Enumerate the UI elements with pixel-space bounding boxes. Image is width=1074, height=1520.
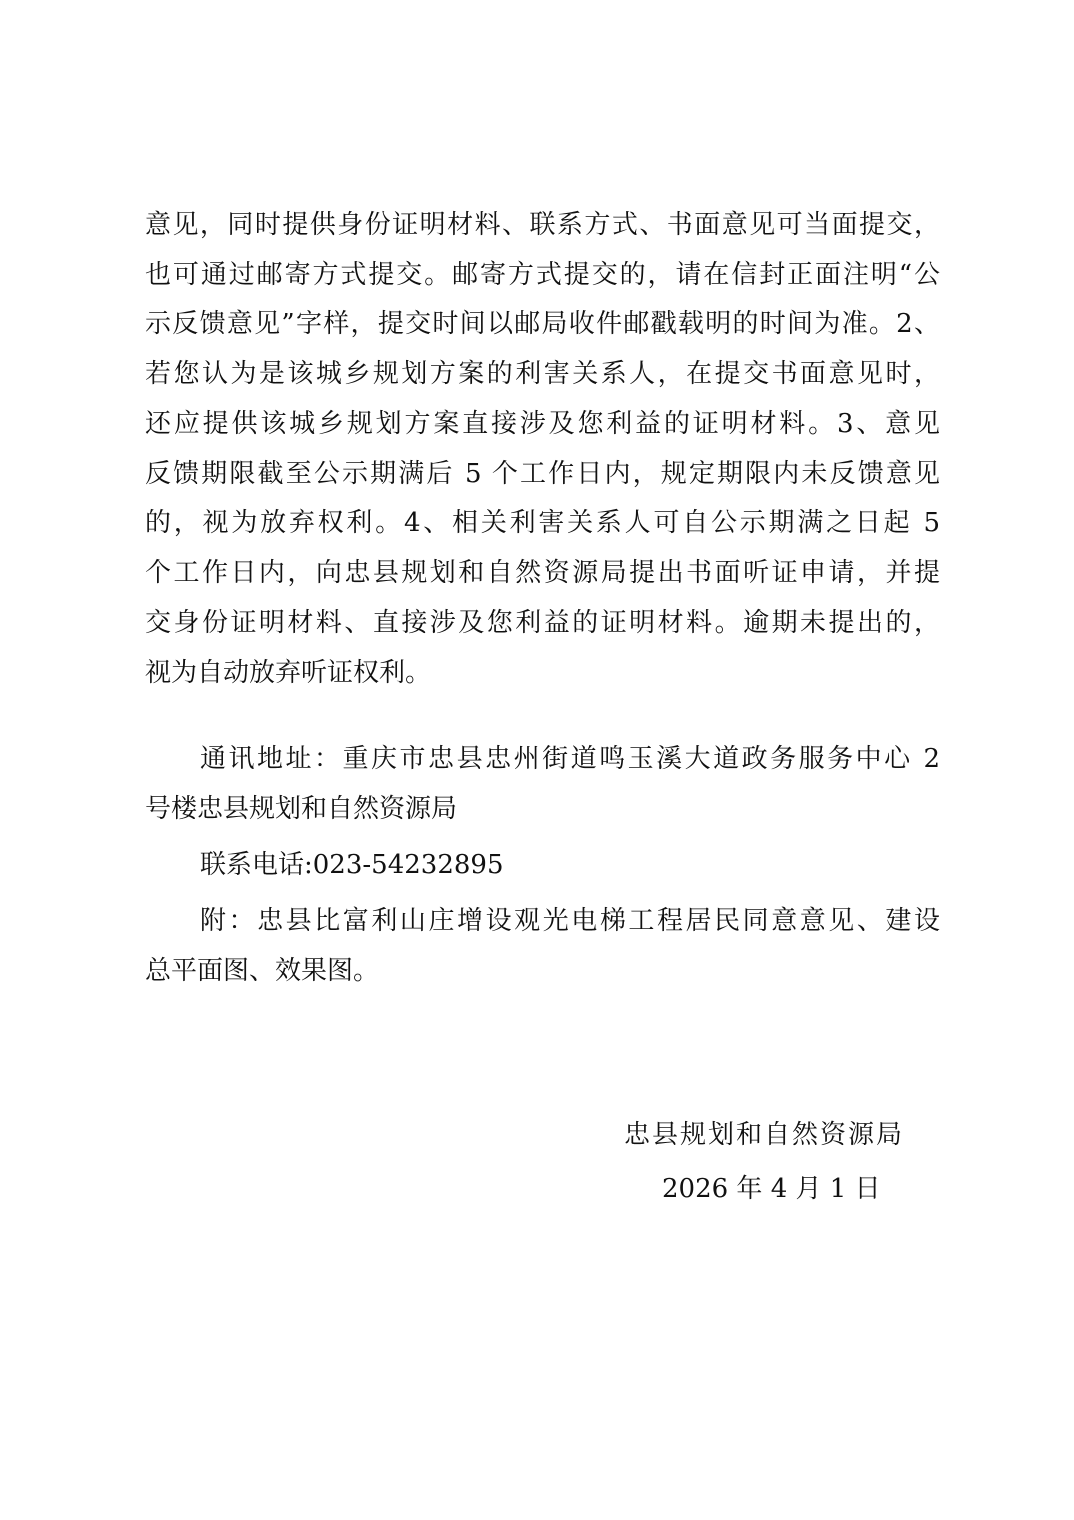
signature-date: 2026 年 4 月 1 日 <box>662 1172 881 1206</box>
body-line-4: 若您认为是该城乡规划方案的利害关系人，在提交书面意见时， <box>145 357 940 391</box>
body-line-2: 也可通过邮寄方式提交。邮寄方式提交的，请在信封正面注明“公 <box>145 258 940 292</box>
address-line-1: 通讯地址：重庆市忠县忠州街道鸣玉溪大道政务服务中心 2 <box>200 742 940 776</box>
body-line-7: 的，视为放弃权利。4、相关利害关系人可自公示期满之日起 5 <box>145 506 940 540</box>
body-line-1: 意见，同时提供身份证明材料、联系方式、书面意见可当面提交， <box>145 208 940 242</box>
body-line-5: 还应提供该城乡规划方案直接涉及您利益的证明材料。3、意见 <box>145 407 940 441</box>
signature-organization: 忠县规划和自然资源局 <box>624 1118 904 1152</box>
phone-line: 联系电话:023-54232895 <box>200 848 940 882</box>
attachment-line-2: 总平面图、效果图。 <box>145 954 940 988</box>
address-line-2: 号楼忠县规划和自然资源局 <box>145 792 940 826</box>
body-line-9: 交身份证明材料、直接涉及您利益的证明材料。逾期未提出的， <box>145 606 940 640</box>
attachment-line-1: 附：忠县比富利山庄增设观光电梯工程居民同意意见、建设 <box>200 904 940 938</box>
body-line-6: 反馈期限截至公示期满后 5 个工作日内，规定期限内未反馈意见 <box>145 457 940 491</box>
document-page: 意见，同时提供身份证明材料、联系方式、书面意见可当面提交， 也可通过邮寄方式提交… <box>0 0 1074 1520</box>
body-line-3: 示反馈意见”字样，提交时间以邮局收件邮戳载明的时间为准。2、 <box>145 307 940 341</box>
body-line-10: 视为自动放弃听证权利。 <box>145 656 940 690</box>
body-line-8: 个工作日内，向忠县规划和自然资源局提出书面听证申请，并提 <box>145 556 940 590</box>
